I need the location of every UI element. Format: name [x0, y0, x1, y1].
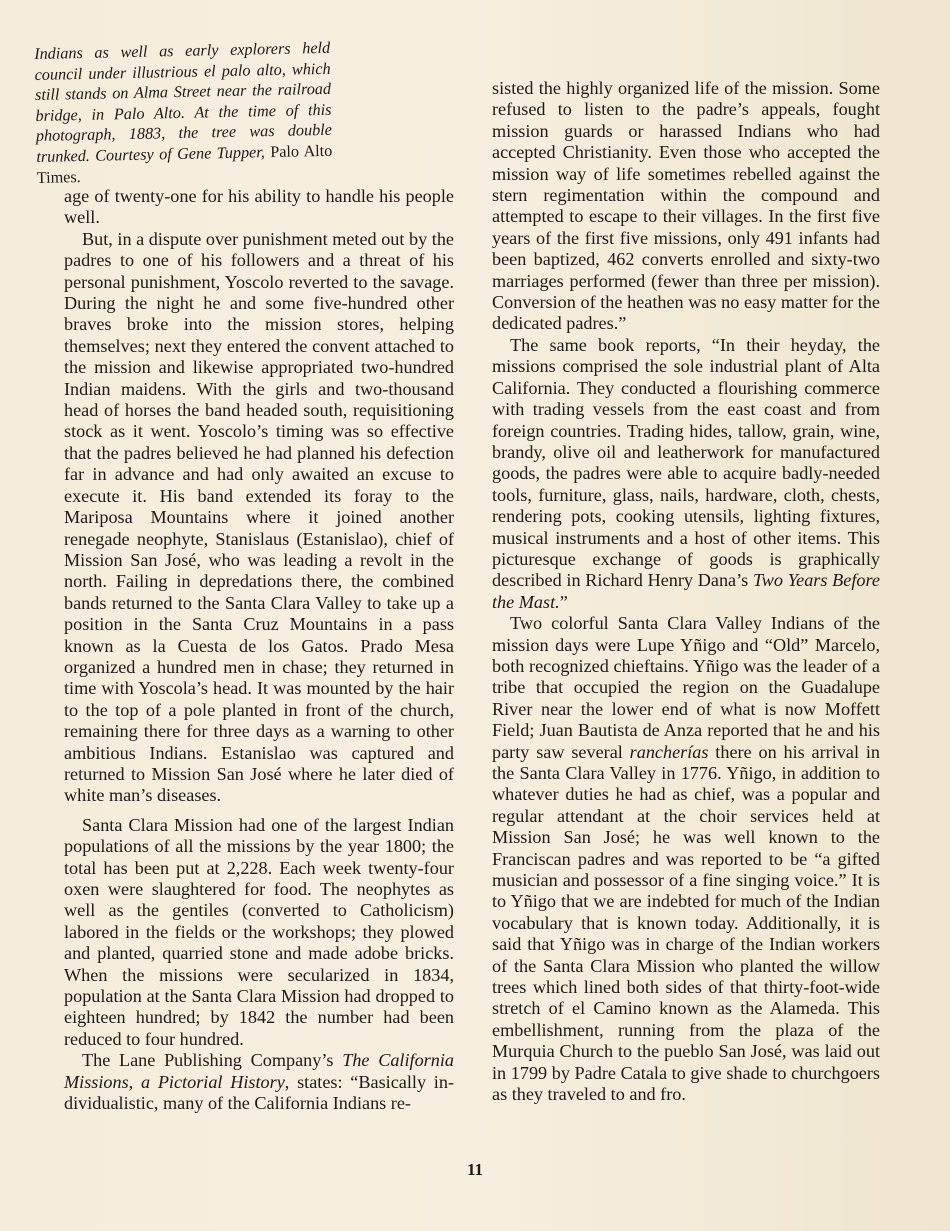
paragraph-text: Two colorful Santa Clara Valley Indians … [492, 613, 880, 761]
italic-term: rancherías [630, 742, 709, 762]
paragraph-text: The same book reports, “In their heyday,… [492, 335, 880, 590]
paragraph: age of twenty-one for his ability to han… [64, 186, 454, 229]
paragraph-text: there on his arrival in the Santa Clara … [492, 742, 880, 1105]
paragraph: The Lane Publishing Company’s The Califo… [64, 1050, 454, 1114]
photo-caption: Indians as well as early explorers held … [34, 38, 333, 188]
paragraph-text: The Lane Publishing Company’s [82, 1050, 342, 1070]
paragraph: sisted the highly organized life of the … [492, 78, 880, 335]
right-text-column: sisted the highly organized life of the … [492, 78, 880, 1106]
page-number: 11 [0, 1160, 950, 1180]
paragraph: The same book reports, “In their heyday,… [492, 335, 880, 613]
book-page: Indians as well as early explorers held … [0, 0, 950, 1231]
left-text-column: age of twenty-one for his ability to han… [64, 186, 454, 1114]
paragraph: But, in a dispute over punishment meted … [64, 229, 454, 807]
paragraph: Two colorful Santa Clara Valley Indians … [492, 613, 880, 1105]
paragraph-text: ” [560, 592, 568, 612]
paragraph: Santa Clara Mission had one of the large… [64, 815, 454, 1050]
